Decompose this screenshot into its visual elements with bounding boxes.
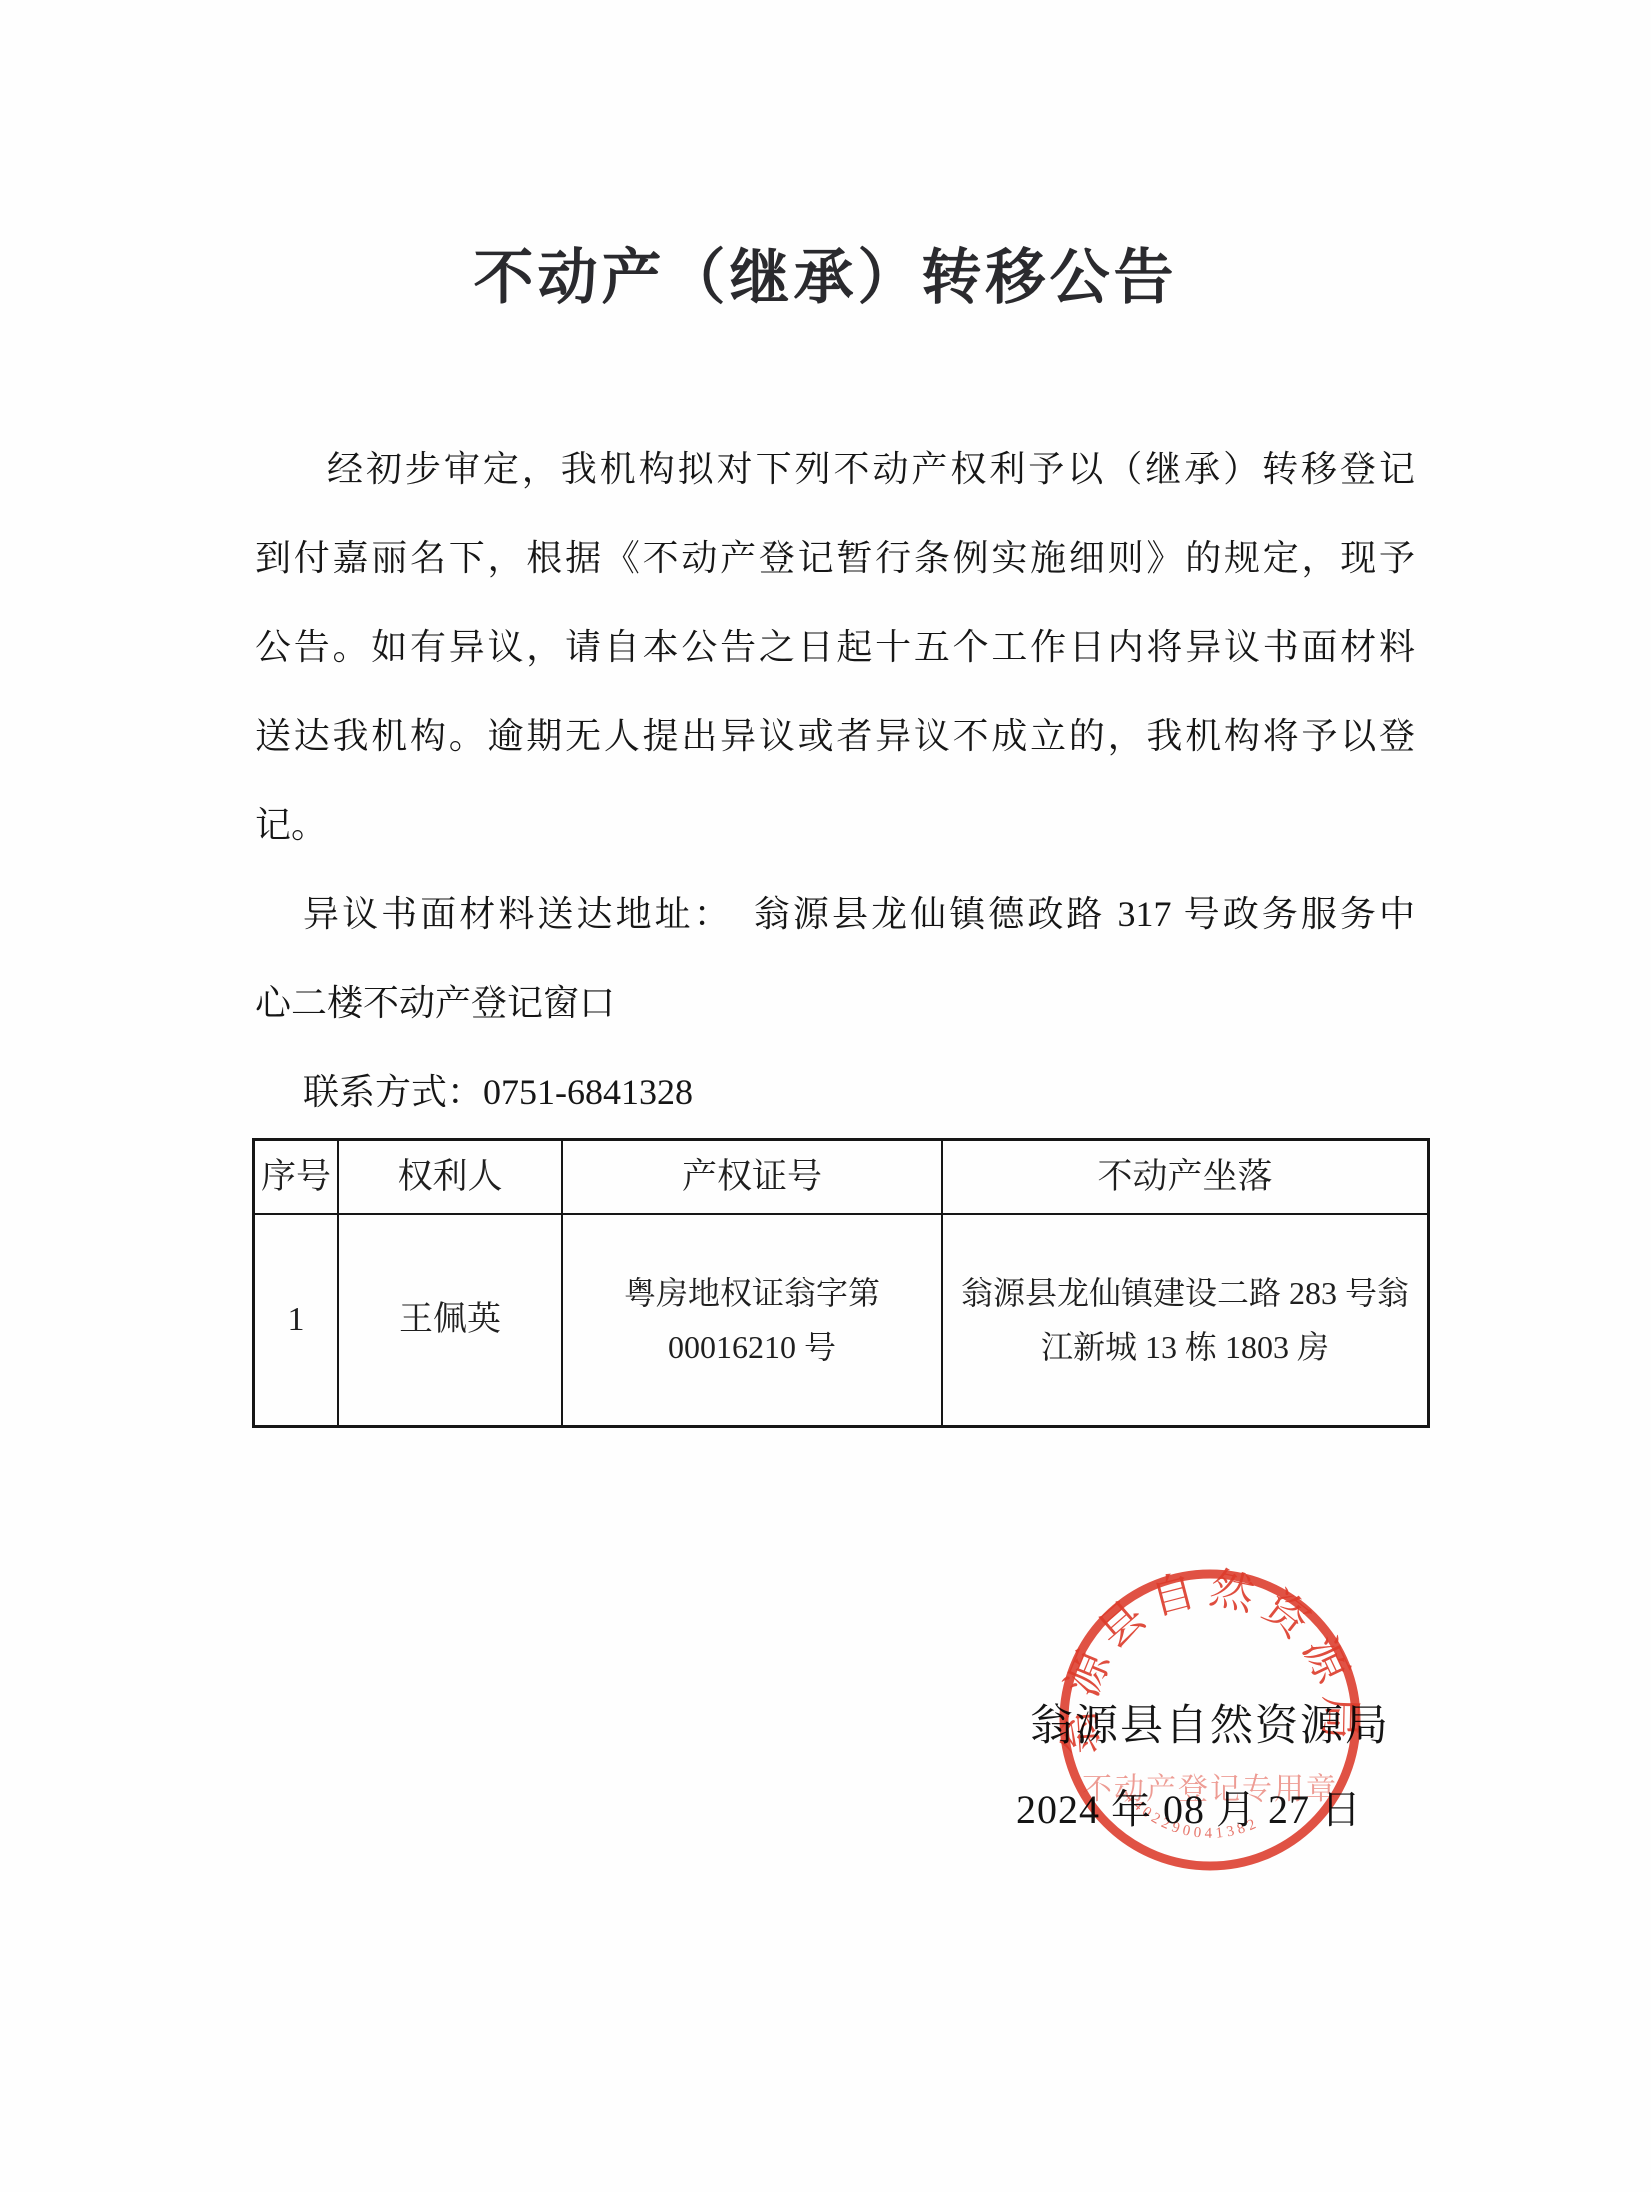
cert-line-2: 00016210 号: [668, 1320, 836, 1374]
table-header-no: 序号: [255, 1141, 337, 1213]
body-line-4: 送达我机构。逾期无人提出异议或者异议不成立的，我机构将予以登: [255, 710, 1415, 764]
table-header-location: 不动产坐落: [941, 1141, 1427, 1213]
body-line-address-2: 心二楼不动产登记窗口: [255, 977, 1415, 1031]
body-line-address-1: 异议书面材料送达地址： 翁源县龙仙镇德政路 317 号政务服务中: [255, 888, 1415, 942]
table-cell-cert: 粤房地权证翁字第 00016210 号: [561, 1213, 941, 1425]
location-line-2: 江新城 13 栋 1803 房: [1041, 1320, 1329, 1374]
body-line-2: 到付嘉丽名下，根据《不动产登记暂行条例实施细则》的规定，现予: [255, 532, 1415, 586]
announcement-table: 序号 权利人 产权证号 不动产坐落 1 王佩英 粤房地权证翁字第 0001621…: [252, 1138, 1430, 1428]
table-header-owner: 权利人: [337, 1141, 561, 1213]
signature-date: 2024 年 08 月 27 日: [1016, 1778, 1362, 1835]
table-cell-owner: 王佩英: [337, 1213, 561, 1425]
document-page: 不动产（继承）转移公告 经初步审定，我机构拟对下列不动产权利予以（继承）转移登记…: [0, 0, 1651, 2192]
body-line-5: 记。: [255, 799, 1415, 853]
cert-line-1: 粤房地权证翁字第: [624, 1266, 880, 1320]
signature-agency: 翁源县自然资源局: [1030, 1692, 1390, 1753]
table-cell-location: 翁源县龙仙镇建设二路 283 号翁 江新城 13 栋 1803 房: [941, 1213, 1427, 1425]
body-line-3: 公告。如有异议，请自本公告之日起十五个工作日内将异议书面材料: [255, 621, 1415, 675]
table-cell-no: 1: [255, 1213, 337, 1425]
location-line-1: 翁源县龙仙镇建设二路 283 号翁: [961, 1266, 1409, 1320]
body-line-contact: 联系方式：0751-6841328: [255, 1066, 1415, 1120]
document-title: 不动产（继承）转移公告: [0, 230, 1651, 316]
body-line-1: 经初步审定，我机构拟对下列不动产权利予以（继承）转移登记: [255, 443, 1415, 497]
table-header-cert: 产权证号: [561, 1141, 941, 1213]
